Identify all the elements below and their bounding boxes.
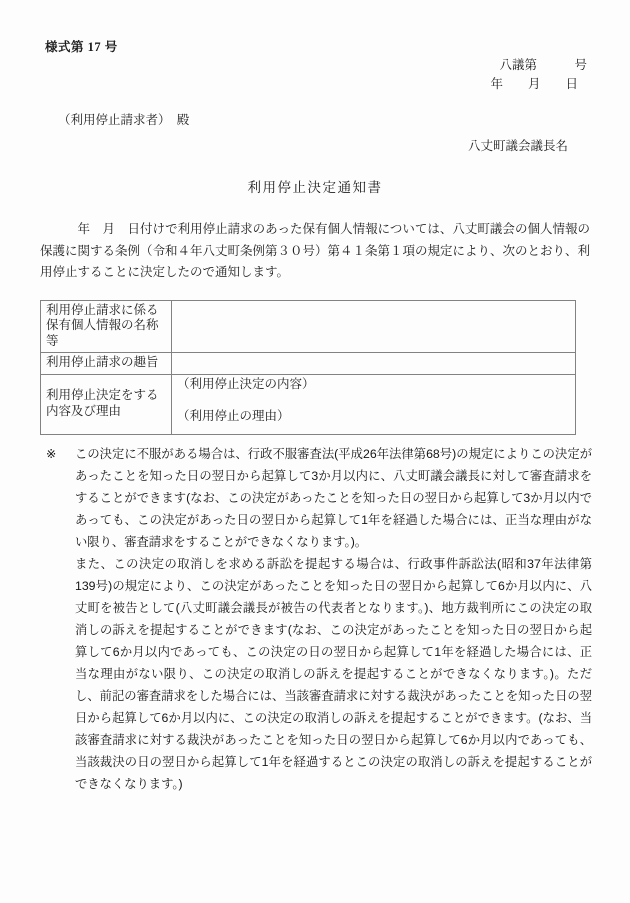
page-title: 利用停止決定通知書 [40, 176, 590, 196]
row-value-personal-info-name [172, 300, 576, 353]
note-paragraph-review-request: この決定に不服がある場合は、行政不服審査法(平成26年法律第68号)の規定により… [75, 443, 592, 553]
table-row: 利用停止決定をする内容及び理由 （利用停止決定の内容） （利用停止の理由） [41, 374, 576, 434]
row-label-personal-info-name: 利用停止請求に係る保有個人情報の名称等 [41, 300, 172, 353]
decision-table: 利用停止請求に係る保有個人情報の名称等 利用停止請求の趣旨 利用停止決定をする内… [40, 300, 576, 435]
note-paragraph-lawsuit: また、この決定の取消しを求める訴訟を提起する場合は、行政事件訴訟法(昭和37年法… [75, 553, 592, 795]
body-paragraph: 年 月 日付けで利用停止請求のあった保有個人情報については、八丈町議会の個人情報… [40, 219, 590, 284]
table-row: 利用停止請求の趣旨 [41, 353, 576, 375]
document-content: 利用停止決定通知書 年 月 日付けで利用停止請求のあった保有個人情報については、… [40, 176, 590, 795]
appeal-note: ※ この決定に不服がある場合は、行政不服審査法(平成26年法律第68号)の規定に… [46, 443, 592, 795]
row-value-request-purpose [172, 353, 576, 375]
document-date-line: 年 月 日 [490, 74, 578, 92]
addressee-line: （利用停止請求者） 殿 [58, 110, 189, 128]
decision-content-heading: （利用停止決定の内容） [177, 377, 570, 393]
row-label-request-purpose: 利用停止請求の趣旨 [41, 353, 172, 375]
table-row: 利用停止請求に係る保有個人情報の名称等 [41, 300, 576, 353]
document-number-line: 八議第 号 [499, 55, 587, 73]
issuer-name: 八丈町議会議長名 [468, 136, 568, 154]
form-number: 様式第 17 号 [45, 37, 118, 55]
document-page: 様式第 17 号 八議第 号 年 月 日 （利用停止請求者） 殿 八丈町議会議長… [0, 0, 630, 903]
row-value-decision-content: （利用停止決定の内容） （利用停止の理由） [172, 374, 576, 434]
note-marker: ※ [46, 443, 56, 465]
row-label-decision-content: 利用停止決定をする内容及び理由 [41, 374, 172, 434]
suspension-reason-heading: （利用停止の理由） [177, 409, 570, 425]
